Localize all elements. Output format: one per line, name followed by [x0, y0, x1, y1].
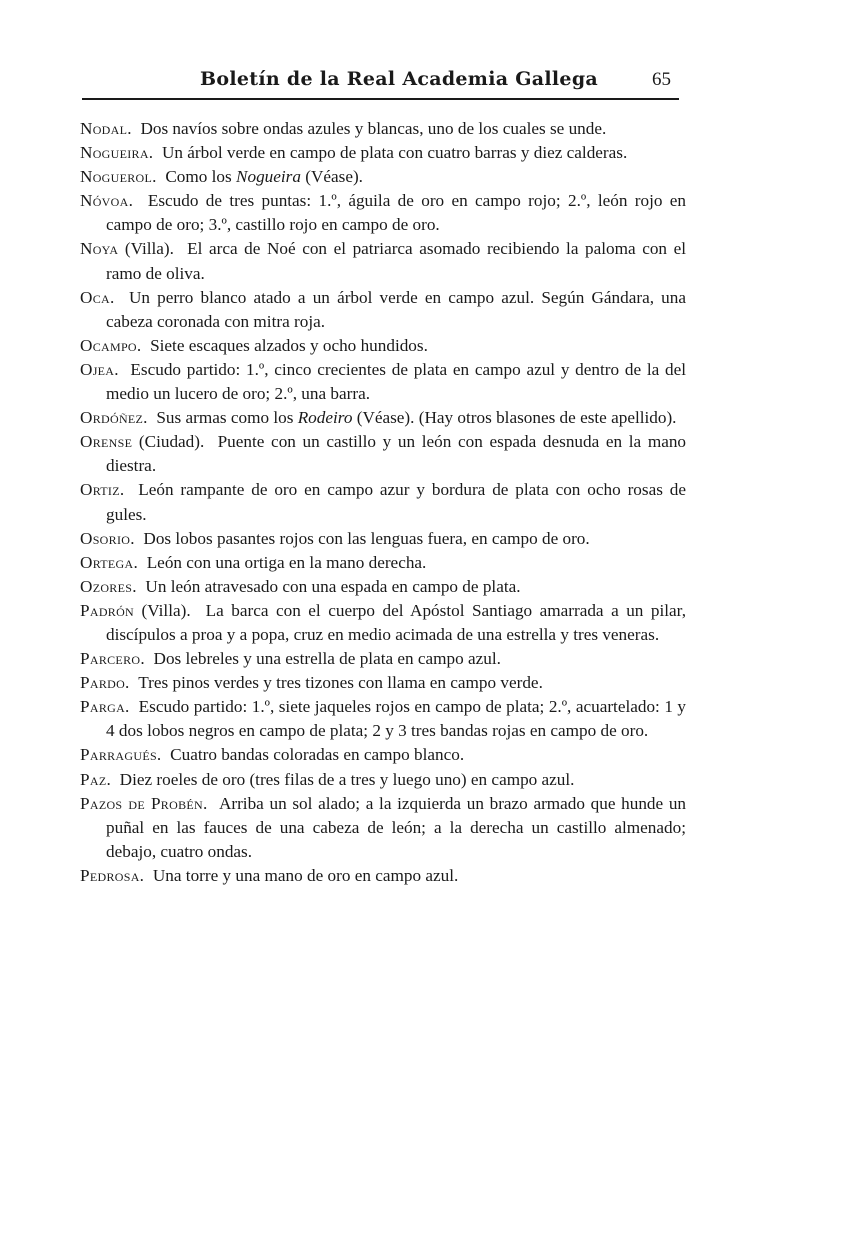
headword: Osorio. [80, 529, 135, 548]
entry-noya: Noya (Villa). El arca de Noé con el patr… [80, 237, 686, 285]
entry-ojea: Ojea. Escudo partido: 1.º, cinco crecien… [80, 358, 686, 406]
entry-noguerol: Noguerol. Como los Nogueira (Véase). [80, 165, 686, 189]
heraldry-entry-list: Nodal. Dos navíos sobre ondas azules y b… [80, 117, 686, 888]
headword: Parcero. [80, 649, 145, 668]
entry-padron: Padrón (Villa). La barca con el cuerpo d… [80, 599, 686, 647]
headword: Ortiz. [80, 480, 124, 499]
entry-pazos-de-proben: Pazos de Probén. Arriba un sol alado; a … [80, 792, 686, 864]
entry-parga: Parga. Escudo partido: 1.º, siete jaquel… [80, 695, 686, 743]
headword: Pardo. [80, 673, 130, 692]
headword: Nóvoa. [80, 191, 133, 210]
entry-description-tail: (Véase). [305, 167, 363, 186]
headword: Orense [80, 432, 132, 451]
entry-parcero: Parcero. Dos lebreles y una estrella de … [80, 647, 686, 671]
page-number: 65 [652, 69, 671, 91]
entry-ortega: Ortega. León con una ortiga en la mano d… [80, 551, 686, 575]
entry-nodal: Nodal. Dos navíos sobre ondas azules y b… [80, 117, 686, 141]
entry-description: Dos lebreles y una estrella de plata en … [154, 649, 501, 668]
qualifier: (Villa). [125, 239, 174, 258]
entry-description: Escudo partido: 1.º, cinco crecientes de… [106, 360, 686, 403]
entry-description: Siete escaques alzados y ocho hundidos. [150, 336, 428, 355]
entry-ozores: Ozores. Un león atravesado con una espad… [80, 575, 686, 599]
document-page: Boletín de la Real Academia Gallega 65 N… [0, 0, 850, 1253]
entry-description: Un árbol verde en campo de plata con cua… [162, 143, 627, 162]
entry-description: León rampante de oro en campo azur y bor… [106, 480, 686, 523]
headword: Parragués. [80, 745, 162, 764]
entry-orense: Orense (Ciudad). Puente con un castillo … [80, 430, 686, 478]
headword: Ocampo. [80, 336, 142, 355]
entry-paz: Paz. Diez roeles de oro (tres filas de a… [80, 768, 686, 792]
entry-description: Escudo de tres puntas: 1.º, águila de or… [106, 191, 686, 234]
entry-description: Sus armas como los [156, 408, 293, 427]
entry-description: León con una ortiga en la mano derecha. [147, 553, 427, 572]
entry-ocampo: Ocampo. Siete escaques alzados y ocho hu… [80, 334, 686, 358]
entry-ortiz: Ortiz. León rampante de oro en campo azu… [80, 478, 686, 526]
entry-pedrosa: Pedrosa. Una torre y una mano de oro en … [80, 864, 686, 888]
entry-description: Una torre y una mano de oro en campo azu… [153, 866, 458, 885]
qualifier: (Ciudad). [139, 432, 204, 451]
entry-parragues: Parragués. Cuatro bandas coloradas en ca… [80, 743, 686, 767]
entry-description: Diez roeles de oro (tres filas de a tres… [120, 770, 575, 789]
headword: Nogueira. [80, 143, 153, 162]
cross-reference: Rodeiro [298, 408, 353, 427]
headword: Parga. [80, 697, 130, 716]
running-title: Boletín de la Real Academia Gallega [200, 68, 598, 90]
entry-description: Dos navíos sobre ondas azules y blancas,… [140, 119, 606, 138]
headword: Paz. [80, 770, 111, 789]
headword: Nodal. [80, 119, 132, 138]
entry-ordonez: Ordóñez. Sus armas como los Rodeiro (Véa… [80, 406, 686, 430]
entry-osorio: Osorio. Dos lobos pasantes rojos con las… [80, 527, 686, 551]
entry-oca: Oca. Un perro blanco atado a un árbol ve… [80, 286, 686, 334]
cross-reference: Nogueira [236, 167, 301, 186]
entry-novoa: Nóvoa. Escudo de tres puntas: 1.º, águil… [80, 189, 686, 237]
qualifier: (Villa). [142, 601, 191, 620]
entry-description: Un perro blanco atado a un árbol verde e… [106, 288, 686, 331]
entry-description: Como los [165, 167, 231, 186]
headword: Pazos de Probén. [80, 794, 208, 813]
entry-description: Tres pinos verdes y tres tizones con lla… [138, 673, 543, 692]
headword: Noya [80, 239, 118, 258]
headword: Ortega. [80, 553, 138, 572]
headword: Ordóñez. [80, 408, 148, 427]
headword: Pedrosa. [80, 866, 144, 885]
headword: Padrón [80, 601, 134, 620]
entry-pardo: Pardo. Tres pinos verdes y tres tizones … [80, 671, 686, 695]
running-header: Boletín de la Real Academia Gallega 65 [82, 64, 679, 100]
entry-description: Escudo partido: 1.º, siete jaqueles rojo… [106, 697, 686, 740]
headword: Ojea. [80, 360, 119, 379]
entry-description-tail: (Véase). (Hay otros blasones de este ape… [357, 408, 677, 427]
entry-description: El arca de Noé con el patriarca asomado … [106, 239, 686, 282]
headword: Ozores. [80, 577, 137, 596]
headword: Noguerol. [80, 167, 157, 186]
entry-nogueira: Nogueira. Un árbol verde en campo de pla… [80, 141, 686, 165]
entry-description: Cuatro bandas coloradas en campo blanco. [170, 745, 464, 764]
headword: Oca. [80, 288, 115, 307]
entry-description: La barca con el cuerpo del Apóstol Santi… [106, 601, 686, 644]
entry-description: Un león atravesado con una espada en cam… [145, 577, 520, 596]
entry-description: Dos lobos pasantes rojos con las lenguas… [143, 529, 589, 548]
